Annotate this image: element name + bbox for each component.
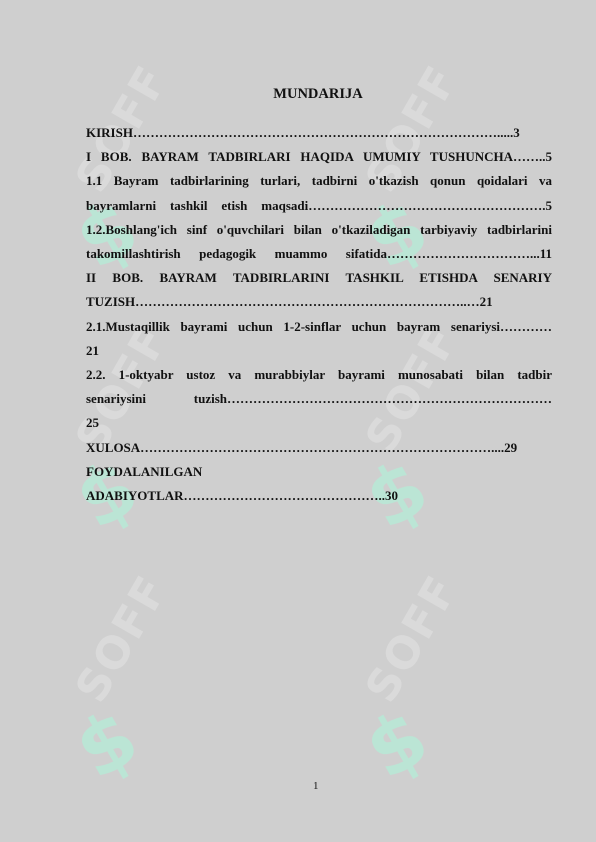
watermark-dollar-icon: $ — [61, 692, 153, 797]
toc-line[interactable]: XULOSA………………………………………………………………………....29 — [86, 436, 552, 460]
page-number: 1 — [313, 780, 319, 792]
toc-line[interactable]: TUZISH…………………………………………………………………..…21 — [86, 290, 552, 314]
toc-line[interactable]: bayramlarni tashkil etish maqsadi…………………… — [86, 194, 552, 218]
toc-line[interactable]: 21 — [86, 339, 552, 363]
toc-line[interactable]: senariysini tuzish…………………………………………………………… — [86, 387, 552, 411]
toc-line[interactable]: FOYDALANILGAN — [86, 460, 552, 484]
watermark-logo: SOFF $ — [70, 620, 250, 800]
table-of-contents: KIRISH………………………………………………………………………….....3… — [86, 121, 552, 508]
toc-line[interactable]: 1.1 Bayram tadbirlarining turlari, tadbi… — [86, 169, 552, 193]
watermark-text: SOFF — [356, 567, 469, 711]
toc-line[interactable]: takomillashtirish pedagogik muammo sifat… — [86, 242, 552, 266]
toc-line[interactable]: 2.2. 1-oktyabr ustoz va murabbiylar bayr… — [86, 363, 552, 387]
watermark-logo: SOFF $ — [360, 620, 540, 800]
toc-line[interactable]: ADABIYOTLAR………………………………………..30 — [86, 484, 552, 508]
toc-line[interactable]: 25 — [86, 411, 552, 435]
toc-line[interactable]: 2.1.Mustaqillik bayrami uchun 1-2-sinfla… — [86, 315, 552, 339]
toc-line[interactable]: KIRISH………………………………………………………………………….....3 — [86, 121, 552, 145]
watermark-dollar-icon: $ — [351, 692, 443, 797]
toc-line[interactable]: 1.2.Boshlang'ich sinf o'quvchilari bilan… — [86, 218, 552, 242]
toc-line[interactable]: I BOB. BAYRAM TADBIRLARI HAQIDA UMUMIY T… — [86, 145, 552, 169]
toc-line[interactable]: II BOB. BAYRAM TADBIRLARINI TASHKIL ETIS… — [86, 266, 552, 290]
watermark-text: SOFF — [66, 567, 179, 711]
page-title: MUNDARIJA — [0, 86, 596, 103]
